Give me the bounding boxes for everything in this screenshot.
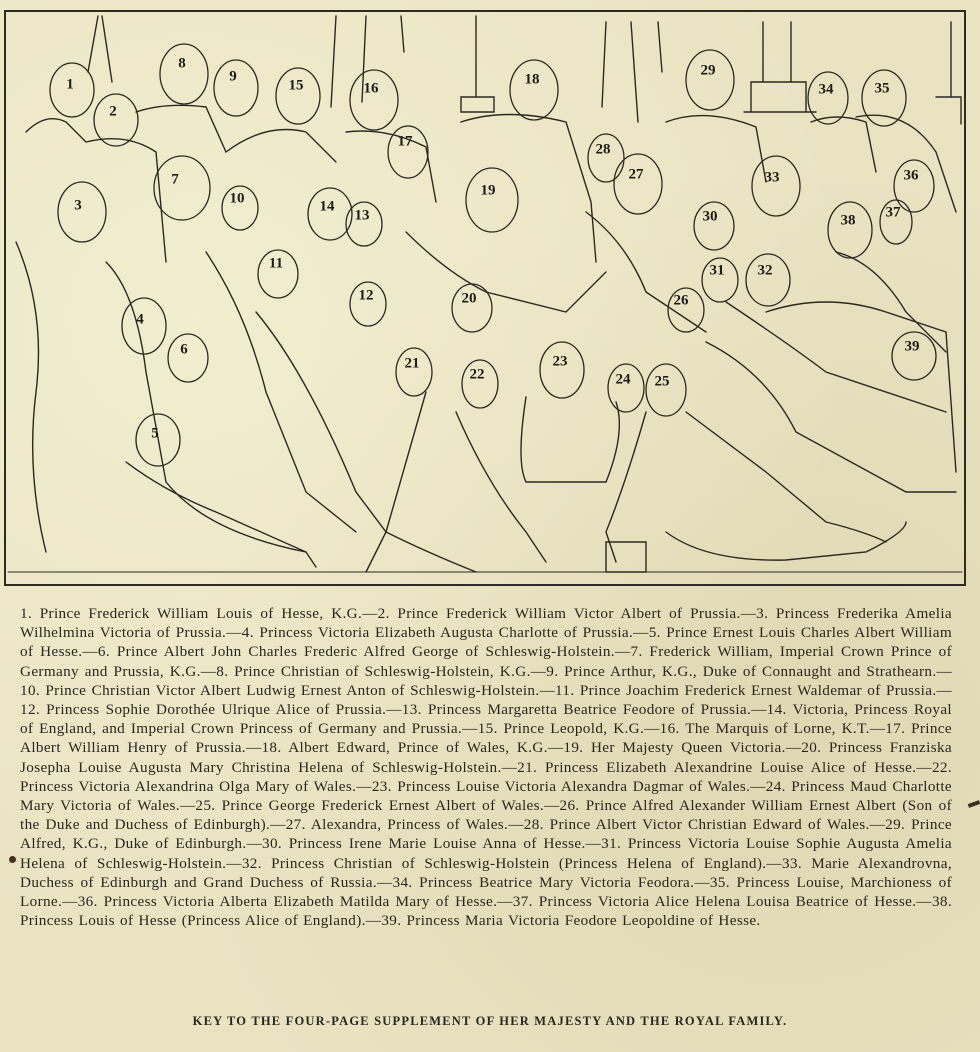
figure-number-23: 23 [553, 355, 568, 370]
caption-entry: 6. Prince Albert John Charles Frederic A… [98, 643, 631, 660]
ink-spot [9, 856, 16, 863]
figure-number-31: 31 [710, 264, 725, 279]
caption-entry: 13. Princess Margaretta Beatrice Feodore… [402, 701, 767, 718]
supplement-key-title: KEY TO THE FOUR-PAGE SUPPLEMENT OF HER M… [0, 1014, 980, 1029]
figure-number-29: 29 [701, 64, 716, 79]
figure-number-36: 36 [904, 169, 919, 184]
figure-number-9: 9 [229, 70, 237, 85]
caption-entry: 16. The Marquis of Lorne, K.T.— [660, 720, 886, 737]
figure-number-4: 4 [136, 313, 144, 328]
caption-entries: 1. Prince Frederick William Louis of Hes… [20, 605, 952, 929]
figure-number-15: 15 [289, 79, 304, 94]
figure-number-38: 38 [841, 214, 856, 229]
caption-entry: 36. Princess Victoria Alberta Elizabeth … [78, 893, 513, 910]
figure-number-27: 27 [629, 168, 644, 183]
figure-number-26: 26 [674, 294, 689, 309]
figure-number-11: 11 [269, 257, 283, 272]
caption-entry: 21. Princess Elizabeth Alexandrine Louis… [517, 759, 932, 776]
caption-entry: 30. Princess Irene Marie Louise Anna of … [262, 835, 601, 852]
key-caption: 1. Prince Frederick William Louis of Hes… [20, 604, 952, 930]
caption-entry: 25. Prince George Frederick Ernest Alber… [195, 797, 559, 814]
paper-crease [968, 800, 980, 808]
figure-number-19: 19 [481, 184, 496, 199]
figure-number-32: 32 [758, 264, 773, 279]
figure-number-24: 24 [616, 373, 631, 388]
caption-entry: 15. Prince Leopold, K.G.— [478, 720, 660, 737]
caption-entry: 18. Albert Edward, Prince of Wales, K.G.… [261, 739, 563, 756]
caption-entry: 1. Prince Frederick William Louis of Hes… [20, 605, 378, 622]
figure-number-28: 28 [596, 143, 611, 158]
figure-number-25: 25 [655, 375, 670, 390]
figure-number-3: 3 [74, 199, 82, 214]
caption-entry: 23. Princess Louise Victoria Alexandra D… [372, 778, 766, 795]
caption-entry: 34. Princess Beatrice Mary Victoria Feod… [393, 874, 710, 891]
royal-family-engraving: 1234567891011121314151617181920212223242… [4, 10, 966, 586]
figure-number-16: 16 [364, 82, 379, 97]
figure-number-30: 30 [703, 210, 718, 225]
figure-number-33: 33 [765, 171, 780, 186]
caption-entry: 12. Princess Sophie Dorothée Ulrique Ali… [20, 701, 402, 718]
caption-entry: 8. Prince Christian of Schleswig-Holstei… [216, 663, 546, 680]
figure-number-35: 35 [875, 82, 890, 97]
caption-entry: 27. Alexandra, Princess of Wales.— [286, 816, 524, 833]
figure-number-39: 39 [905, 340, 920, 355]
caption-entry: 9. Prince Arthur, K.G., Duke of Connaugh… [546, 663, 952, 680]
figure-number-37: 37 [886, 206, 901, 221]
caption-entry: 37. Princess Victoria Alice Helena Louis… [513, 893, 932, 910]
figure-number-5: 5 [151, 427, 159, 442]
caption-entry: 32. Princess Christian of Schleswig-Hols… [242, 855, 782, 872]
figure-number-2: 2 [109, 105, 117, 120]
figure-number-6: 6 [180, 343, 188, 358]
figure-number-34: 34 [819, 83, 834, 98]
caption-entry: 39. Princess Maria Victoria Feodore Leop… [381, 912, 760, 929]
figure-number-7: 7 [171, 173, 179, 188]
caption-entry: 28. Prince Albert Victor Christian Edwar… [524, 816, 885, 833]
figure-number-1: 1 [66, 78, 74, 93]
figure-number-8: 8 [178, 57, 186, 72]
figure-number-17: 17 [398, 135, 413, 150]
figure-number-18: 18 [525, 73, 540, 88]
caption-entry: 11. Prince Joachim Frederick Ernest Wald… [555, 682, 952, 699]
figure-number-20: 20 [462, 292, 477, 307]
figure-number-13: 13 [355, 209, 370, 224]
caption-entry: 10. Prince Christian Victor Albert Ludwi… [20, 682, 555, 699]
caption-entry: 19. Her Majesty Queen Victoria.— [563, 739, 801, 756]
caption-entry: 2. Prince Frederick William Victor Alber… [378, 605, 756, 622]
figure-number-10: 10 [230, 192, 245, 207]
caption-entry: 4. Princess Victoria Elizabeth Augusta C… [242, 624, 649, 641]
figure-number-21: 21 [405, 357, 420, 372]
figure-number-12: 12 [359, 289, 374, 304]
figure-number-14: 14 [320, 200, 335, 215]
figure-number-22: 22 [470, 368, 485, 383]
engraving-line-art [6, 12, 964, 584]
